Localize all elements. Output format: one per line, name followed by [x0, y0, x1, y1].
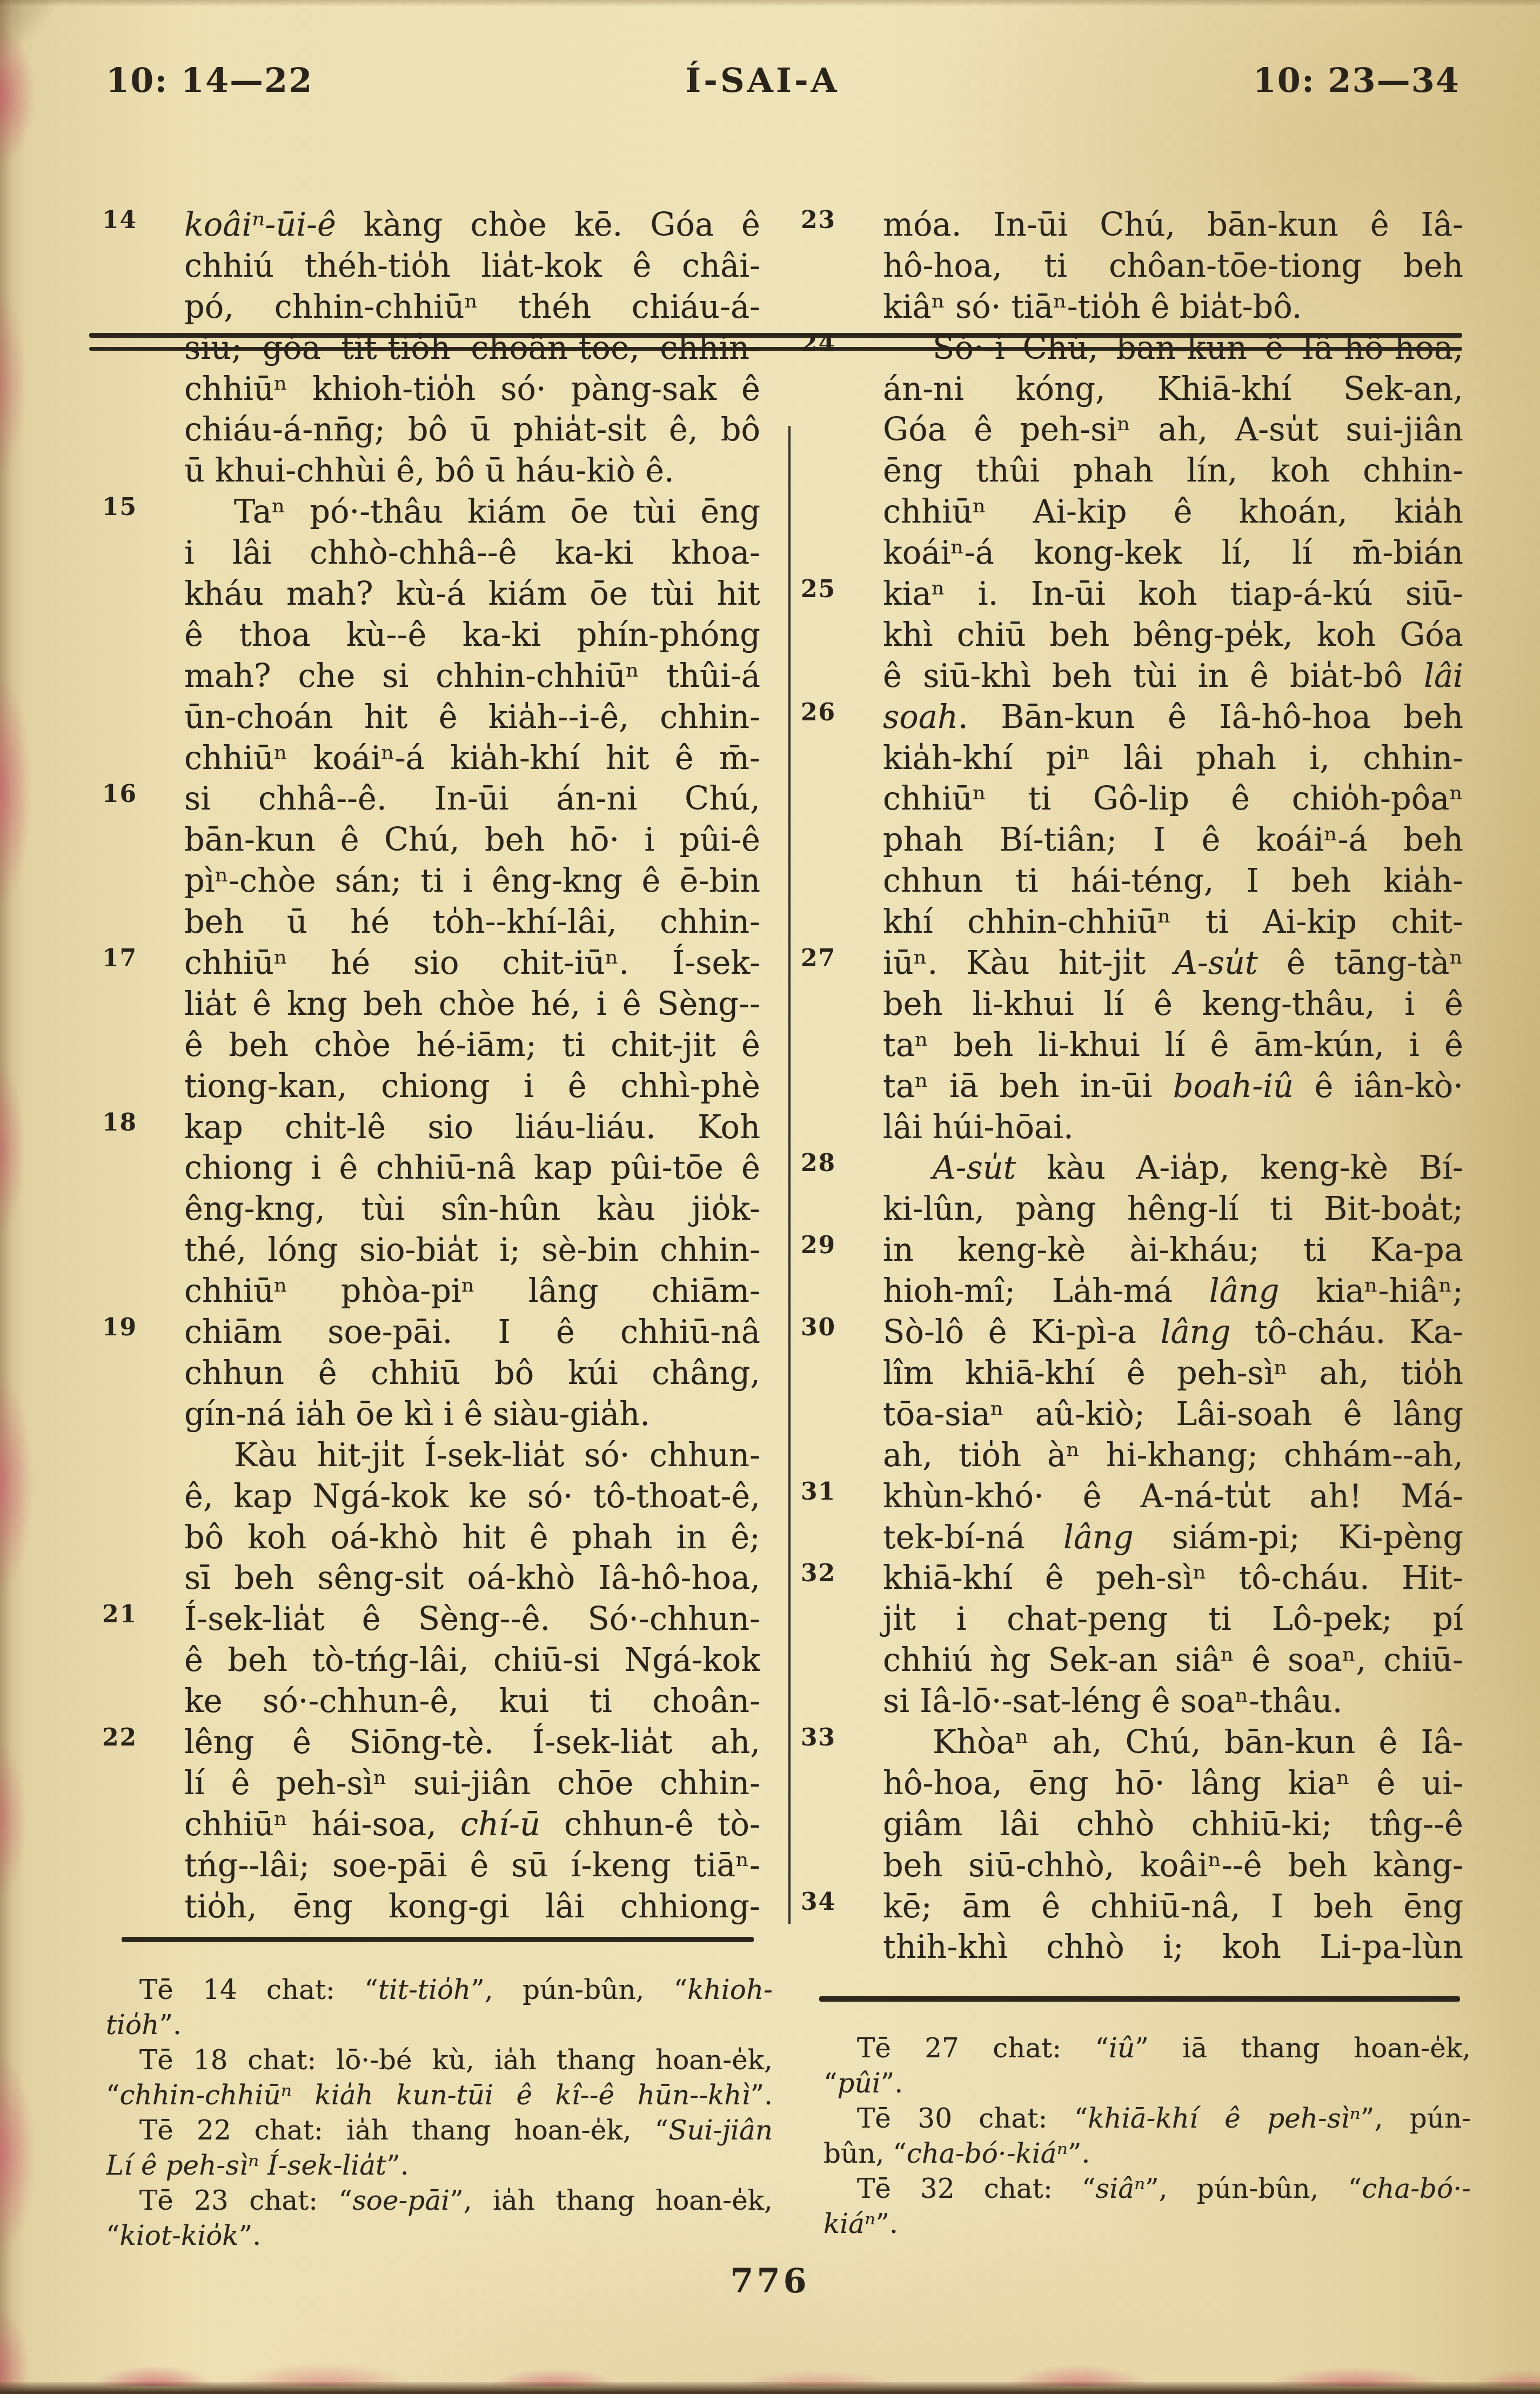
verse-number — [793, 656, 883, 697]
bottom-edge-stain — [0, 2343, 1540, 2386]
verse-line: lâi húi-hōai. — [793, 1107, 1463, 1148]
verse-line: kia̍h-khí piⁿ lâi phah i, chhin- — [793, 738, 1463, 779]
text-content: beh li-khui lí ê keng-thâu, i ê — [883, 984, 1463, 1025]
text-content: Tē 32 chat: “siâⁿ”, pún-bûn, “cha-bó·- — [823, 2171, 1471, 2206]
text-content: kē; ām ê chhiū-nâ, I beh ēng — [883, 1886, 1463, 1927]
text-content: Í-sek-lia̍t ê Sèng--ê. Só·-chhun- — [184, 1599, 760, 1640]
verse-number: 26 — [793, 697, 883, 738]
verse-line: ke só·-chhun-ê, kui ti choân- — [95, 1681, 760, 1722]
verse-number — [793, 1517, 883, 1558]
verse-number — [95, 1845, 184, 1886]
text-content: Tē 27 chat: “iû” iā thang hoan-e̍k, — [823, 2031, 1471, 2066]
text-content: koáiⁿ-á kong-kek lí, lí m̄-bián — [883, 532, 1463, 573]
verse-line: ūn-choán hit ê kia̍h--i-ê, chhin- — [95, 697, 760, 738]
verse-line: gín-ná ia̍h ōe kì i ê siàu-gia̍h. — [95, 1394, 760, 1435]
text-content: lí ê peh-sìⁿ sui-jiân chōe chhin- — [184, 1763, 760, 1804]
verse-number: 27 — [793, 942, 883, 984]
verse-line: thih-khì chhò i; koh Li-pa-lùn — [793, 1927, 1463, 1968]
text-content: chhiūⁿ khioh-tio̍h só· pàng-sak ê — [184, 369, 760, 410]
left-footnote-rule — [122, 1937, 754, 1942]
verse-line: 21Í-sek-lia̍t ê Sèng--ê. Só·-chhun- — [95, 1599, 760, 1640]
text-content: kiaⁿ i. In-ūi koh tiap-á-kú siū- — [883, 573, 1463, 614]
text-content: ji̍t i chat-peng ti Lô-pek; pí — [883, 1599, 1463, 1640]
footnote-line: Tē 22 chat: ia̍h thang hoan-e̍k, “Sui-ji… — [106, 2113, 773, 2148]
page-number: 776 — [0, 2261, 1540, 2301]
verse-line: 25kiaⁿ i. In-ūi koh tiap-á-kú siū- — [793, 573, 1463, 614]
verse-line: sī beh sêng-si̍t oá-khò Iâ-hô-hoa, — [95, 1557, 760, 1599]
left-column: 14koâiⁿ-ūi-ê kàng chòe kē. Góa êchhiú th… — [95, 204, 760, 1927]
verse-number — [95, 1763, 184, 1804]
verse-line: Góa ê peh-siⁿ ah, A-su̍t sui-jiân — [793, 409, 1463, 450]
verse-number — [793, 1435, 883, 1476]
text-content: chiām soe-pāi. I ê chhiū-nâ — [184, 1312, 760, 1353]
verse-number — [793, 614, 883, 656]
verse-number — [793, 1353, 883, 1394]
text-content: chhiūⁿ ti Gô-lip ê chio̍h-pôaⁿ — [883, 778, 1463, 819]
verse-number: 24 — [793, 327, 883, 369]
text-content: chhiú théh-tio̍h lia̍t-kok ê châi- — [184, 245, 760, 286]
text-content: khiā-khí ê peh-sìⁿ tô-cháu. Hit- — [883, 1557, 1463, 1599]
page-number-value: 776 — [730, 2261, 809, 2301]
verse-line: chhun ê chhiū bô kúi châng, — [95, 1353, 760, 1394]
verse-number: 18 — [95, 1107, 184, 1148]
verse-line: chhiūⁿ hái-soa, chí-ū chhun-ê tò- — [95, 1804, 760, 1845]
verse-number — [793, 1270, 883, 1312]
text-content: giâm lâi chhò chhiū-ki; tn̂g--ê — [883, 1804, 1463, 1845]
verse-line: 31khùn-khó· ê A-ná-tu̍t ah! Má- — [793, 1476, 1463, 1517]
verse-number — [793, 984, 883, 1025]
text-content: tōa-siaⁿ aû-kiò; Lâi-soah ê lâng — [883, 1394, 1463, 1435]
right-verse-lines: 23móa. In-ūi Chú, bān-kun ê Iâ-hô-hoa, t… — [793, 204, 1463, 1968]
verse-line: si Iâ-lō·-sat-léng ê soaⁿ-thâu. — [793, 1681, 1463, 1722]
verse-line: chhiūⁿ koáiⁿ-á kia̍h-khí hit ê m̄- — [95, 738, 760, 779]
verse-number — [793, 1763, 883, 1804]
verse-number: 14 — [95, 204, 184, 245]
verse-number — [95, 1066, 184, 1107]
verse-number: 23 — [793, 204, 883, 245]
verse-number — [95, 1147, 184, 1188]
text-content: hioh-mî; La̍h-má lâng kiaⁿ-hiâⁿ; — [883, 1270, 1463, 1312]
verse-line: siū; góa tit-tio̍h choân-tōe, chhin- — [95, 327, 760, 369]
verse-number — [95, 573, 184, 614]
text-content: bûn, “cha-bó·-kiáⁿ”. — [823, 2136, 1471, 2171]
text-content: tek-bí-ná lâng siám-pi; Ki-pèng — [883, 1517, 1463, 1558]
verse-number: 32 — [793, 1557, 883, 1599]
verse-number — [793, 819, 883, 860]
verse-line: khì chiū beh bêng-pe̍k, koh Góa — [793, 614, 1463, 656]
text-content: bān-kun ê Chú, beh hō· i pûi-ê — [184, 819, 760, 860]
verse-line: 30Sò-lô ê Ki-pì-a lâng tô-cháu. Ka- — [793, 1312, 1463, 1353]
verse-line: phah Bí-tiân; I ê koáiⁿ-á beh — [793, 819, 1463, 860]
verse-line: chhiú ǹg Sek-an siâⁿ ê soaⁿ, chiū- — [793, 1640, 1463, 1681]
verse-number — [793, 409, 883, 450]
text-content: iūⁿ. Kàu hit-ji̍t A-su̍t ê tāng-tàⁿ — [883, 942, 1463, 984]
verse-line: hô-hoa, ēng hō· lâng kiaⁿ ê ui- — [793, 1763, 1463, 1804]
verse-number: 34 — [793, 1886, 883, 1927]
verse-number — [793, 450, 883, 491]
left-edge-stain — [0, 0, 65, 2394]
text-content: kiâⁿ só· tiāⁿ-tio̍h ê bia̍t-bô. — [883, 286, 1463, 327]
verse-number — [95, 1804, 184, 1845]
verse-number: 29 — [793, 1229, 883, 1270]
verse-line: 17chhiūⁿ hé sio chit-iūⁿ. Í-sek- — [95, 942, 760, 984]
text-content: ê siū-khì beh tùi in ê bia̍t-bô lâi — [883, 656, 1463, 697]
footnote-line: Tē 14 chat: “tit-tio̍h”, pún-bûn, “khioh… — [106, 1972, 773, 2008]
text-content: ah, tio̍h àⁿ hi-khang; chhám--ah, — [883, 1435, 1463, 1476]
text-content: beh ū hé to̍h--khí-lâi, chhin- — [184, 901, 760, 942]
verse-line: hô-hoa, ti chôan-tōe-tiong beh — [793, 245, 1463, 286]
verse-number — [95, 1435, 184, 1476]
text-content: in keng-kè ài-kháu; ti Ka-pa — [883, 1229, 1463, 1270]
verse-line: kiâⁿ só· tiāⁿ-tio̍h ê bia̍t-bô. — [793, 286, 1463, 327]
bottom-page-edge — [0, 2382, 1540, 2394]
verse-number — [793, 1681, 883, 1722]
verse-line: 18kap chi̍t-lê sio liáu-liáu. Koh — [95, 1107, 760, 1148]
verse-line: 22lêng ê Siōng-tè. Í-sek-lia̍t ah, — [95, 1722, 760, 1763]
text-content: hô-hoa, ēng hō· lâng kiaⁿ ê ui- — [883, 1763, 1463, 1804]
verse-number: 17 — [95, 942, 184, 984]
verse-number — [95, 1557, 184, 1599]
text-content: tio̍h”. — [106, 2008, 773, 2043]
verse-line: i lâi chhò-chhâ--ê ka-ki khoa- — [95, 532, 760, 573]
verse-number — [95, 819, 184, 860]
text-content: Sò-lô ê Ki-pì-a lâng tô-cháu. Ka- — [883, 1312, 1463, 1353]
verse-number — [95, 1188, 184, 1229]
verse-number — [95, 901, 184, 942]
verse-line: 16si chhâ--ê. In-ūi án-ni Chú, — [95, 778, 760, 819]
verse-line: ah, tio̍h àⁿ hi-khang; chhám--ah, — [793, 1435, 1463, 1476]
text-content: Tē 30 chat: “khiā-khí ê peh-sìⁿ”, pún- — [823, 2101, 1471, 2136]
text-content: lia̍t ê kng beh chòe hé, i ê Sèng-- — [184, 984, 760, 1025]
text-content: lâi húi-hōai. — [883, 1107, 1463, 1148]
verse-number — [95, 860, 184, 901]
verse-line: kháu mah? kù-á kiám ōe tùi hit — [95, 573, 760, 614]
text-content: tio̍h, ēng kong-gi lâi chhiong- — [184, 1886, 760, 1927]
text-content: êng-kng, tùi sîn-hûn kàu jio̍k- — [184, 1188, 760, 1229]
text-content: khùn-khó· ê A-ná-tu̍t ah! Má- — [883, 1476, 1463, 1517]
verse-line: án-ni kóng, Khiā-khí Sek-an, — [793, 369, 1463, 410]
verse-number — [95, 656, 184, 697]
text-content: móa. In-ūi Chú, bān-kun ê Iâ- — [883, 204, 1463, 245]
verse-line: tōa-siaⁿ aû-kiò; Lâi-soah ê lâng — [793, 1394, 1463, 1435]
verse-number — [793, 738, 883, 779]
text-content: Taⁿ pó·-thâu kiám ōe tùi ēng — [184, 491, 760, 532]
verse-line: 27iūⁿ. Kàu hit-ji̍t A-su̍t ê tāng-tàⁿ — [793, 942, 1463, 984]
verse-line: ê beh chòe hé-iām; ti chit-jit ê — [95, 1025, 760, 1066]
verse-number — [793, 286, 883, 327]
verse-line: taⁿ beh li-khui lí ê ām-kún, i ê — [793, 1025, 1463, 1066]
verse-line: hioh-mî; La̍h-má lâng kiaⁿ-hiâⁿ; — [793, 1270, 1463, 1312]
right-footnote-rule — [819, 1996, 1460, 2002]
verse-line: bô koh oá-khò hit ê phah in ê; — [95, 1517, 760, 1558]
text-content: chiáu-á-nn̄g; bô ū phia̍t-si̍t ê, bô — [184, 409, 760, 450]
text-content: kia̍h-khí piⁿ lâi phah i, chhin- — [883, 738, 1463, 779]
text-content: chhiūⁿ koáiⁿ-á kia̍h-khí hit ê m̄- — [184, 738, 760, 779]
verse-number — [95, 984, 184, 1025]
text-content: i lâi chhò-chhâ--ê ka-ki khoa- — [184, 532, 760, 573]
text-content: ke só·-chhun-ê, kui ti choân- — [184, 1681, 760, 1722]
text-content: gín-ná ia̍h ōe kì i ê siàu-gia̍h. — [184, 1394, 760, 1435]
text-content: thih-khì chhò i; koh Li-pa-lùn — [883, 1927, 1463, 1968]
verse-number — [95, 1353, 184, 1394]
verse-line: beh siū-chhò, koâiⁿ--ê beh kàng- — [793, 1845, 1463, 1886]
verse-number — [793, 1025, 883, 1066]
verse-line: chhiūⁿ khioh-tio̍h só· pàng-sak ê — [95, 369, 760, 410]
verse-number: 15 — [95, 491, 184, 532]
text-content: chiong i ê chhiū-nâ kap pûi-tōe ê — [184, 1147, 760, 1188]
top-edge-shadow — [0, 0, 1540, 6]
text-content: Góa ê peh-siⁿ ah, A-su̍t sui-jiân — [883, 409, 1463, 450]
verse-line: tio̍h, ēng kong-gi lâi chhiong- — [95, 1886, 760, 1927]
text-content: taⁿ beh li-khui lí ê ām-kún, i ê — [883, 1025, 1463, 1066]
text-content: tiong-kan, chiong i ê chhì-phè — [184, 1066, 760, 1107]
text-content: chhiūⁿ hé sio chit-iūⁿ. Í-sek- — [184, 942, 760, 984]
column-divider-rule — [788, 426, 791, 1924]
verse-number — [95, 1640, 184, 1681]
verse-number — [95, 369, 184, 410]
footnote-line: kiáⁿ”. — [823, 2206, 1471, 2242]
text-content: si Iâ-lō·-sat-léng ê soaⁿ-thâu. — [883, 1681, 1463, 1722]
text-content: Tē 22 chat: ia̍h thang hoan-e̍k, “Sui-ji… — [106, 2113, 773, 2148]
text-content: kap chi̍t-lê sio liáu-liáu. Koh — [184, 1107, 760, 1148]
verse-line: êng-kng, tùi sîn-hûn kàu jio̍k- — [95, 1188, 760, 1229]
text-content: ūn-choán hit ê kia̍h--i-ê, chhin- — [184, 697, 760, 738]
verse-number — [793, 901, 883, 942]
text-content: Tē 18 chat: lō·-bé kù, ia̍h thang hoan-e… — [106, 2043, 773, 2078]
verse-line: chhun ti hái-téng, I beh kia̍h- — [793, 860, 1463, 901]
text-content: bô koh oá-khò hit ê phah in ê; — [184, 1517, 760, 1558]
verse-number — [793, 1927, 883, 1968]
text-content: “pûi”. — [823, 2066, 1471, 2101]
verse-number — [95, 1394, 184, 1435]
running-header: 10: 14—22 Í-SAI-A 10: 23—34 — [0, 61, 1540, 100]
text-content: pìⁿ-chòe sán; ti i êng-kng ê ē-bin — [184, 860, 760, 901]
text-content: ēng thûi phah lín, koh chhin- — [883, 450, 1463, 491]
text-content: chhiūⁿ phòa-piⁿ lâng chiām- — [184, 1270, 760, 1312]
verse-line: ê thoa kù--ê ka-ki phín-phóng — [95, 614, 760, 656]
verse-line: bān-kun ê Chú, beh hō· i pûi-ê — [95, 819, 760, 860]
verse-number — [95, 738, 184, 779]
verse-line: 15Taⁿ pó·-thâu kiám ōe tùi ēng — [95, 491, 760, 532]
verse-number — [793, 1599, 883, 1640]
verse-number — [95, 1270, 184, 1312]
verse-number — [793, 1804, 883, 1845]
footnote-line: Tē 27 chat: “iû” iā thang hoan-e̍k, — [823, 2031, 1471, 2066]
text-content: koâiⁿ-ūi-ê kàng chòe kē. Góa ê — [184, 204, 760, 245]
footnote-line: Lí ê peh-sìⁿ Í-sek-lia̍t”. — [106, 2148, 773, 2183]
verse-number — [95, 450, 184, 491]
text-content: chhun ti hái-téng, I beh kia̍h- — [883, 860, 1463, 901]
verse-number: 25 — [793, 573, 883, 614]
text-content: chhiūⁿ hái-soa, chí-ū chhun-ê tò- — [184, 1804, 760, 1845]
text-content: Tē 14 chat: “tit-tio̍h”, pún-bûn, “khioh… — [106, 1972, 773, 2008]
verse-line: Kàu hit-ji̍t Í-sek-lia̍t só· chhun- — [95, 1435, 760, 1476]
verse-number — [95, 532, 184, 573]
text-content: ū khui-chhùi ê, bô ū háu-kiò ê. — [184, 450, 760, 491]
verse-number: 31 — [793, 1476, 883, 1517]
verse-number — [95, 1476, 184, 1517]
footnote-line: tio̍h”. — [106, 2008, 773, 2043]
footnote-line: Tē 32 chat: “siâⁿ”, pún-bûn, “cha-bó·- — [823, 2171, 1471, 2206]
verse-number — [95, 697, 184, 738]
text-content: beh siū-chhò, koâiⁿ--ê beh kàng- — [883, 1845, 1463, 1886]
verse-number: 16 — [95, 778, 184, 819]
text-content: siū; góa tit-tio̍h choân-tōe, chhin- — [184, 327, 760, 369]
verse-number: 33 — [793, 1722, 883, 1763]
verse-number — [793, 532, 883, 573]
left-footnotes: Tē 14 chat: “tit-tio̍h”, pún-bûn, “khioh… — [106, 1972, 773, 2253]
verse-line: chhiūⁿ ti Gô-lip ê chio̍h-pôaⁿ — [793, 778, 1463, 819]
text-content: ê, kap Ngá-kok ke só· tô-thoat-ê, — [184, 1476, 760, 1517]
verse-line: beh ū hé to̍h--khí-lâi, chhin- — [95, 901, 760, 942]
text-content: ê thoa kù--ê ka-ki phín-phóng — [184, 614, 760, 656]
text-content: Kàu hit-ji̍t Í-sek-lia̍t só· chhun- — [184, 1435, 760, 1476]
verse-line: giâm lâi chhò chhiū-ki; tn̂g--ê — [793, 1804, 1463, 1845]
verse-number — [95, 1025, 184, 1066]
verse-line: 23móa. In-ūi Chú, bān-kun ê Iâ- — [793, 204, 1463, 245]
verse-line: pó, chhin-chhiūⁿ théh chiáu-á- — [95, 286, 760, 327]
verse-line: chhiú théh-tio̍h lia̍t-kok ê châi- — [95, 245, 760, 286]
verse-number — [793, 1107, 883, 1148]
text-content: hô-hoa, ti chôan-tōe-tiong beh — [883, 245, 1463, 286]
verse-line: ê beh tò-tńg-lâi, chiū-si Ngá-kok — [95, 1640, 760, 1681]
text-content: lêng ê Siōng-tè. Í-sek-lia̍t ah, — [184, 1722, 760, 1763]
verse-number — [793, 860, 883, 901]
header-verse-range-left: 10: 14—22 — [106, 61, 313, 100]
footnote-line: “kiot-kio̍k”. — [106, 2218, 773, 2253]
verse-line: 33Khòaⁿ ah, Chú, bān-kun ê Iâ- — [793, 1722, 1463, 1763]
verse-line: tiong-kan, chiong i ê chhì-phè — [95, 1066, 760, 1107]
header-verse-range-right: 10: 23—34 — [1253, 61, 1460, 100]
verse-line: mah? che si chhin-chhiūⁿ thûi-á — [95, 656, 760, 697]
verse-line: koáiⁿ-á kong-kek lí, lí m̄-bián — [793, 532, 1463, 573]
verse-line: chhiūⁿ Ai-kip ê khoán, kia̍h — [793, 491, 1463, 532]
verse-line: 32khiā-khí ê peh-sìⁿ tô-cháu. Hit- — [793, 1557, 1463, 1599]
text-content: khì chiū beh bêng-pe̍k, koh Góa — [883, 614, 1463, 656]
text-content: Khòaⁿ ah, Chú, bān-kun ê Iâ- — [883, 1722, 1463, 1763]
right-footnotes: Tē 27 chat: “iû” iā thang hoan-e̍k,“pûi”… — [823, 2031, 1471, 2242]
text-content: ê beh chòe hé-iām; ti chit-jit ê — [184, 1025, 760, 1066]
verse-line: khí chhin-chhiūⁿ ti Ai-kip chit- — [793, 901, 1463, 942]
verse-line: lîm khiā-khí ê peh-sìⁿ ah, tio̍h — [793, 1353, 1463, 1394]
text-content: ki-lûn, pàng hêng-lí ti Bit-boa̍t; — [883, 1188, 1463, 1229]
verse-line: ê siū-khì beh tùi in ê bia̍t-bô lâi — [793, 656, 1463, 697]
footnote-line: Tē 23 chat: “soe-pāi”, ia̍h thang hoan-e… — [106, 2183, 773, 2218]
verse-line: ê, kap Ngá-kok ke só· tô-thoat-ê, — [95, 1476, 760, 1517]
verse-line: 34kē; ām ê chhiū-nâ, I beh ēng — [793, 1886, 1463, 1927]
verse-line: 28A-su̍t kàu A-ia̍p, keng-kè Bí- — [793, 1147, 1463, 1188]
verse-number — [793, 1640, 883, 1681]
text-content: Só·-í Chú, bān-kun ê Iâ-hô-hoa, — [883, 327, 1463, 369]
text-content: lîm khiā-khí ê peh-sìⁿ ah, tio̍h — [883, 1353, 1463, 1394]
verse-line: beh li-khui lí ê keng-thâu, i ê — [793, 984, 1463, 1025]
verse-number — [95, 1229, 184, 1270]
verse-number: 19 — [95, 1312, 184, 1353]
verse-number — [793, 245, 883, 286]
verse-line: chiáu-á-nn̄g; bô ū phia̍t-si̍t ê, bô — [95, 409, 760, 450]
text-content: khí chhin-chhiūⁿ ti Ai-kip chit- — [883, 901, 1463, 942]
verse-line: 14koâiⁿ-ūi-ê kàng chòe kē. Góa ê — [95, 204, 760, 245]
footnote-line: Tē 18 chat: lō·-bé kù, ia̍h thang hoan-e… — [106, 2043, 773, 2078]
text-content: soah. Bān-kun ê Iâ-hô-hoa beh — [883, 697, 1463, 738]
verse-line: 24Só·-í Chú, bān-kun ê Iâ-hô-hoa, — [793, 327, 1463, 369]
text-content: chhiūⁿ Ai-kip ê khoán, kia̍h — [883, 491, 1463, 532]
text-content: phah Bí-tiân; I ê koáiⁿ-á beh — [883, 819, 1463, 860]
footnote-line: bûn, “cha-bó·-kiáⁿ”. — [823, 2136, 1471, 2171]
text-content: si chhâ--ê. In-ūi án-ni Chú, — [184, 778, 760, 819]
left-verse-lines: 14koâiⁿ-ūi-ê kàng chòe kē. Góa êchhiú th… — [95, 204, 760, 1927]
footnote-line: “chhin-chhiūⁿ kia̍h kun-tūi ê kî--ê hūn-… — [106, 2078, 773, 2113]
verse-number — [793, 778, 883, 819]
text-content: án-ni kóng, Khiā-khí Sek-an, — [883, 369, 1463, 410]
verse-line: pìⁿ-chòe sán; ti i êng-kng ê ē-bin — [95, 860, 760, 901]
text-content: taⁿ iā beh in-ūi boah-iû ê iân-kò· — [883, 1066, 1463, 1107]
verse-number — [793, 491, 883, 532]
verse-number: 22 — [95, 1722, 184, 1763]
verse-number — [793, 1845, 883, 1886]
text-content: kháu mah? kù-á kiám ōe tùi hit — [184, 573, 760, 614]
text-content: “kiot-kio̍k”. — [106, 2218, 773, 2253]
footnote-line: Tē 30 chat: “khiā-khí ê peh-sìⁿ”, pún- — [823, 2101, 1471, 2136]
text-content: sī beh sêng-si̍t oá-khò Iâ-hô-hoa, — [184, 1557, 760, 1599]
verse-line: 29in keng-kè ài-kháu; ti Ka-pa — [793, 1229, 1463, 1270]
verse-line: tek-bí-ná lâng siám-pi; Ki-pèng — [793, 1517, 1463, 1558]
text-content: “chhin-chhiūⁿ kia̍h kun-tūi ê kî--ê hūn-… — [106, 2078, 773, 2113]
right-column: 23móa. In-ūi Chú, bān-kun ê Iâ-hô-hoa, t… — [793, 204, 1463, 1968]
verse-number — [95, 1681, 184, 1722]
verse-number — [793, 1188, 883, 1229]
text-content: Lí ê peh-sìⁿ Í-sek-lia̍t”. — [106, 2148, 773, 2183]
text-content: chhiú ǹg Sek-an siâⁿ ê soaⁿ, chiū- — [883, 1640, 1463, 1681]
text-content: mah? che si chhin-chhiūⁿ thûi-á — [184, 656, 760, 697]
verse-line: 19chiām soe-pāi. I ê chhiū-nâ — [95, 1312, 760, 1353]
verse-number — [793, 1066, 883, 1107]
verse-line: ēng thûi phah lín, koh chhin- — [793, 450, 1463, 491]
footnote-line: “pûi”. — [823, 2066, 1471, 2101]
text-content: ê beh tò-tńg-lâi, chiū-si Ngá-kok — [184, 1640, 760, 1681]
verse-line: 26soah. Bān-kun ê Iâ-hô-hoa beh — [793, 697, 1463, 738]
verse-line: tńg--lâi; soe-pāi ê sū í-keng tiāⁿ- — [95, 1845, 760, 1886]
verse-number: 28 — [793, 1147, 883, 1188]
verse-line: ū khui-chhùi ê, bô ū háu-kiò ê. — [95, 450, 760, 491]
verse-number: 21 — [95, 1599, 184, 1640]
verse-line: ji̍t i chat-peng ti Lô-pek; pí — [793, 1599, 1463, 1640]
verse-line: lí ê peh-sìⁿ sui-jiân chōe chhin- — [95, 1763, 760, 1804]
verse-number — [95, 327, 184, 369]
verse-number — [95, 409, 184, 450]
text-content: A-su̍t kàu A-ia̍p, keng-kè Bí- — [883, 1147, 1463, 1188]
verse-number: 30 — [793, 1312, 883, 1353]
verse-line: chhiūⁿ phòa-piⁿ lâng chiām- — [95, 1270, 760, 1312]
verse-line: taⁿ iā beh in-ūi boah-iû ê iân-kò· — [793, 1066, 1463, 1107]
text-content: chhun ê chhiū bô kúi châng, — [184, 1353, 760, 1394]
verse-number — [793, 369, 883, 410]
verse-number — [95, 1886, 184, 1927]
verse-line: chiong i ê chhiū-nâ kap pûi-tōe ê — [95, 1147, 760, 1188]
verse-number — [95, 614, 184, 656]
text-content: kiáⁿ”. — [823, 2206, 1471, 2242]
text-content: pó, chhin-chhiūⁿ théh chiáu-á- — [184, 286, 760, 327]
verse-line: ki-lûn, pàng hêng-lí ti Bit-boa̍t; — [793, 1188, 1463, 1229]
verse-number — [95, 245, 184, 286]
verse-line: thé, lóng sio-bia̍t i; sè-bin chhin- — [95, 1229, 760, 1270]
text-content: Tē 23 chat: “soe-pāi”, ia̍h thang hoan-e… — [106, 2183, 773, 2218]
text-content: thé, lóng sio-bia̍t i; sè-bin chhin- — [184, 1229, 760, 1270]
verse-number — [793, 1394, 883, 1435]
verse-number — [95, 286, 184, 327]
verse-line: lia̍t ê kng beh chòe hé, i ê Sèng-- — [95, 984, 760, 1025]
scanned-book-page: 10: 14—22 Í-SAI-A 10: 23—34 14koâiⁿ-ūi-ê… — [0, 0, 1540, 2394]
